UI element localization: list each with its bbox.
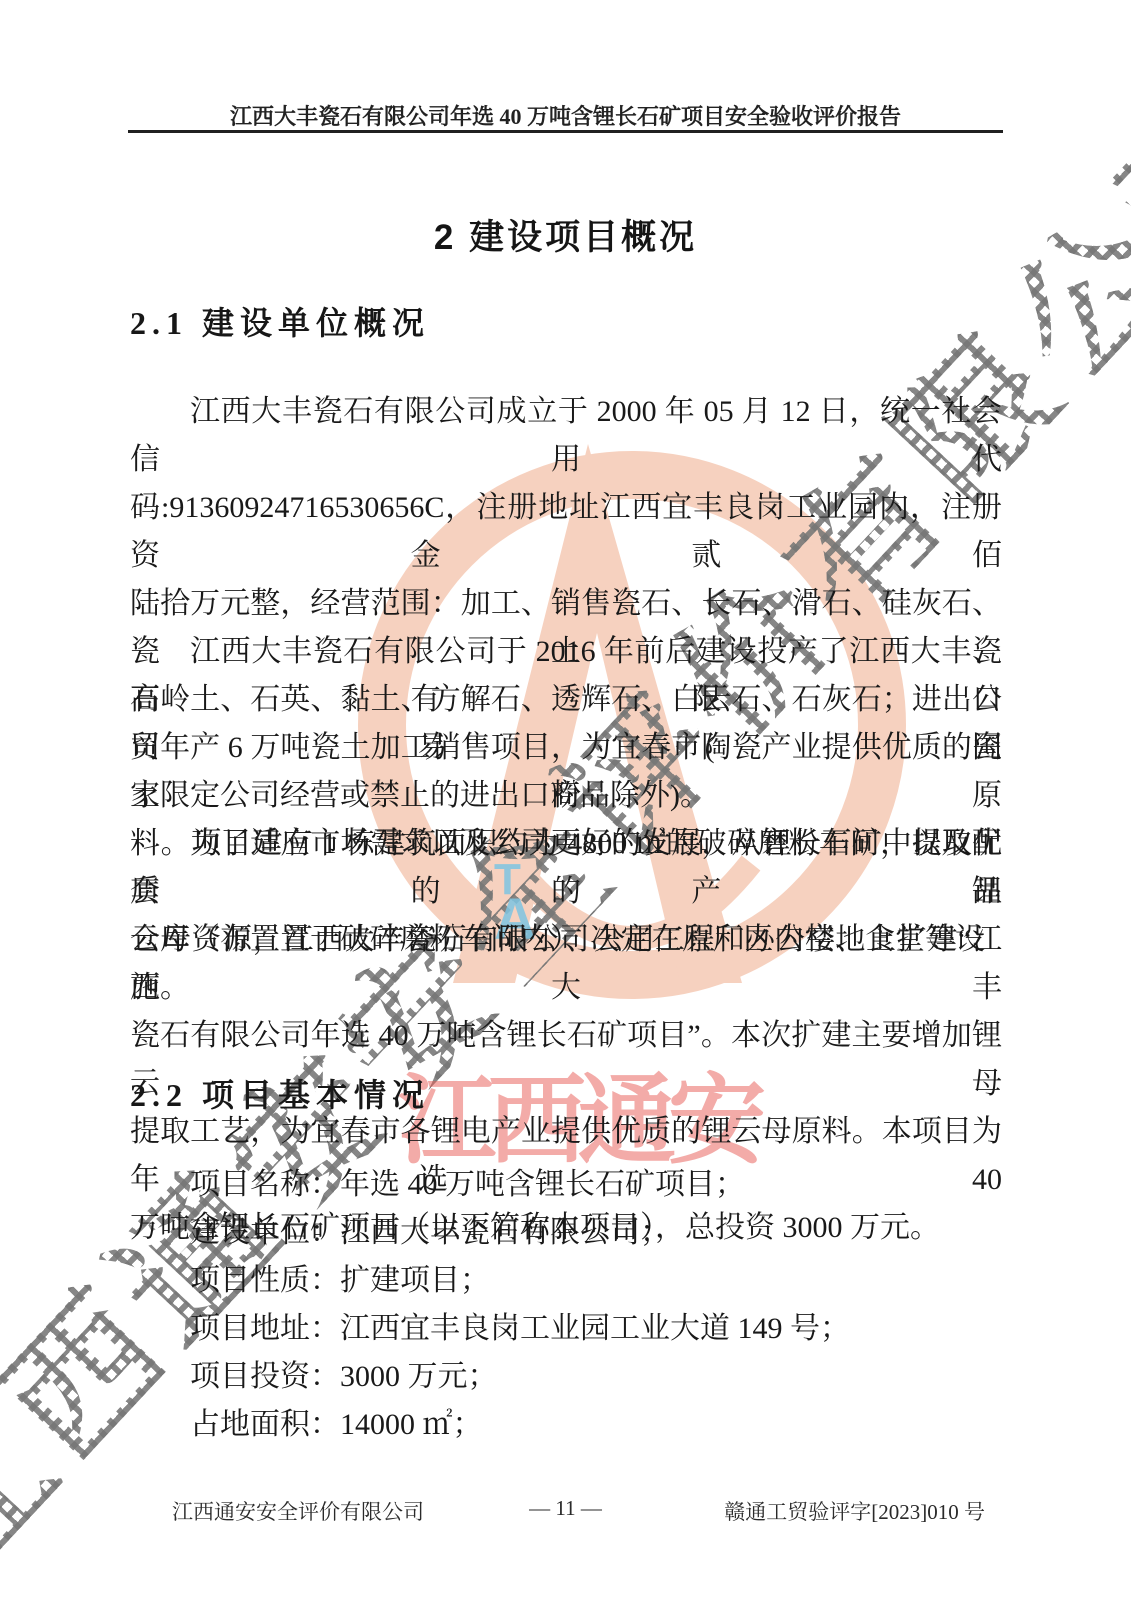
detail-item-construction-unit: 建设单位：江西大丰瓷石有限公司； xyxy=(130,1209,1002,1257)
detail-item-land-area: 占地面积：14000 ㎡； xyxy=(130,1401,1002,1449)
detail-item-project-address: 项目地址：江西宜丰良岗工业园工业大道 149 号； xyxy=(130,1305,1002,1353)
detail-item-project-investment: 项目投资：3000 万元； xyxy=(130,1353,1002,1401)
section-heading-2-2: 2.2 项目基本情况 xyxy=(130,1070,430,1116)
document-page: 江西大丰瓷石有限公司年选 40 万吨含锂长石矿项目安全验收评价报告 2 建设项目… xyxy=(0,0,1131,1600)
paragraph-line: 码:91360924716530656C，注册地址江西宜丰良岗工业园内，注册资金… xyxy=(130,484,1002,580)
paragraph-line: 司年产 6 万吨瓷土加工销售项目，为宜春市陶瓷产业提供优质的瓷土粉原 xyxy=(130,724,1002,820)
project-detail-list: 项目名称：年选 40 万吨含锂长石矿项目； 建设单位：江西大丰瓷石有限公司； 项… xyxy=(130,1161,1002,1449)
paragraph-line: 云母资源，江西大丰瓷石有限公司决定在原厂区内空地上扩建“江西大丰 xyxy=(130,916,1002,1012)
footer-doc-number: 赣通工贸验评字[2023]010 号 xyxy=(724,1496,985,1526)
page-header-title: 江西大丰瓷石有限公司年选 40 万吨含锂长石矿项目安全验收评价报告 xyxy=(128,100,1003,131)
detail-item-project-name: 项目名称：年选 40 万吨含锂长石矿项目； xyxy=(130,1161,1002,1209)
detail-item-project-nature: 项目性质：扩建项目； xyxy=(130,1257,1002,1305)
page-footer: 江西通安安全评价有限公司 — 11 — 赣通工贸验评字[2023]010 号 xyxy=(0,1496,1131,1530)
section-heading-2-1: 2.1 建设单位概况 xyxy=(130,298,430,344)
paragraph-line: 江西大丰瓷石有限公司于 2016 年前后建设投产了江西大丰瓷石有限公 xyxy=(130,628,1002,724)
paragraph-line: 江西大丰瓷石有限公司成立于 2000 年 05 月 12 日，统一社会信用代 xyxy=(130,388,1002,484)
chapter-title: 2 建设项目概况 xyxy=(0,210,1131,260)
paragraph-line: 为了适应市场需求以及公司更好的发展，从锂长石矿中提取优质的锂 xyxy=(130,820,1002,916)
header-rule xyxy=(128,130,1003,133)
